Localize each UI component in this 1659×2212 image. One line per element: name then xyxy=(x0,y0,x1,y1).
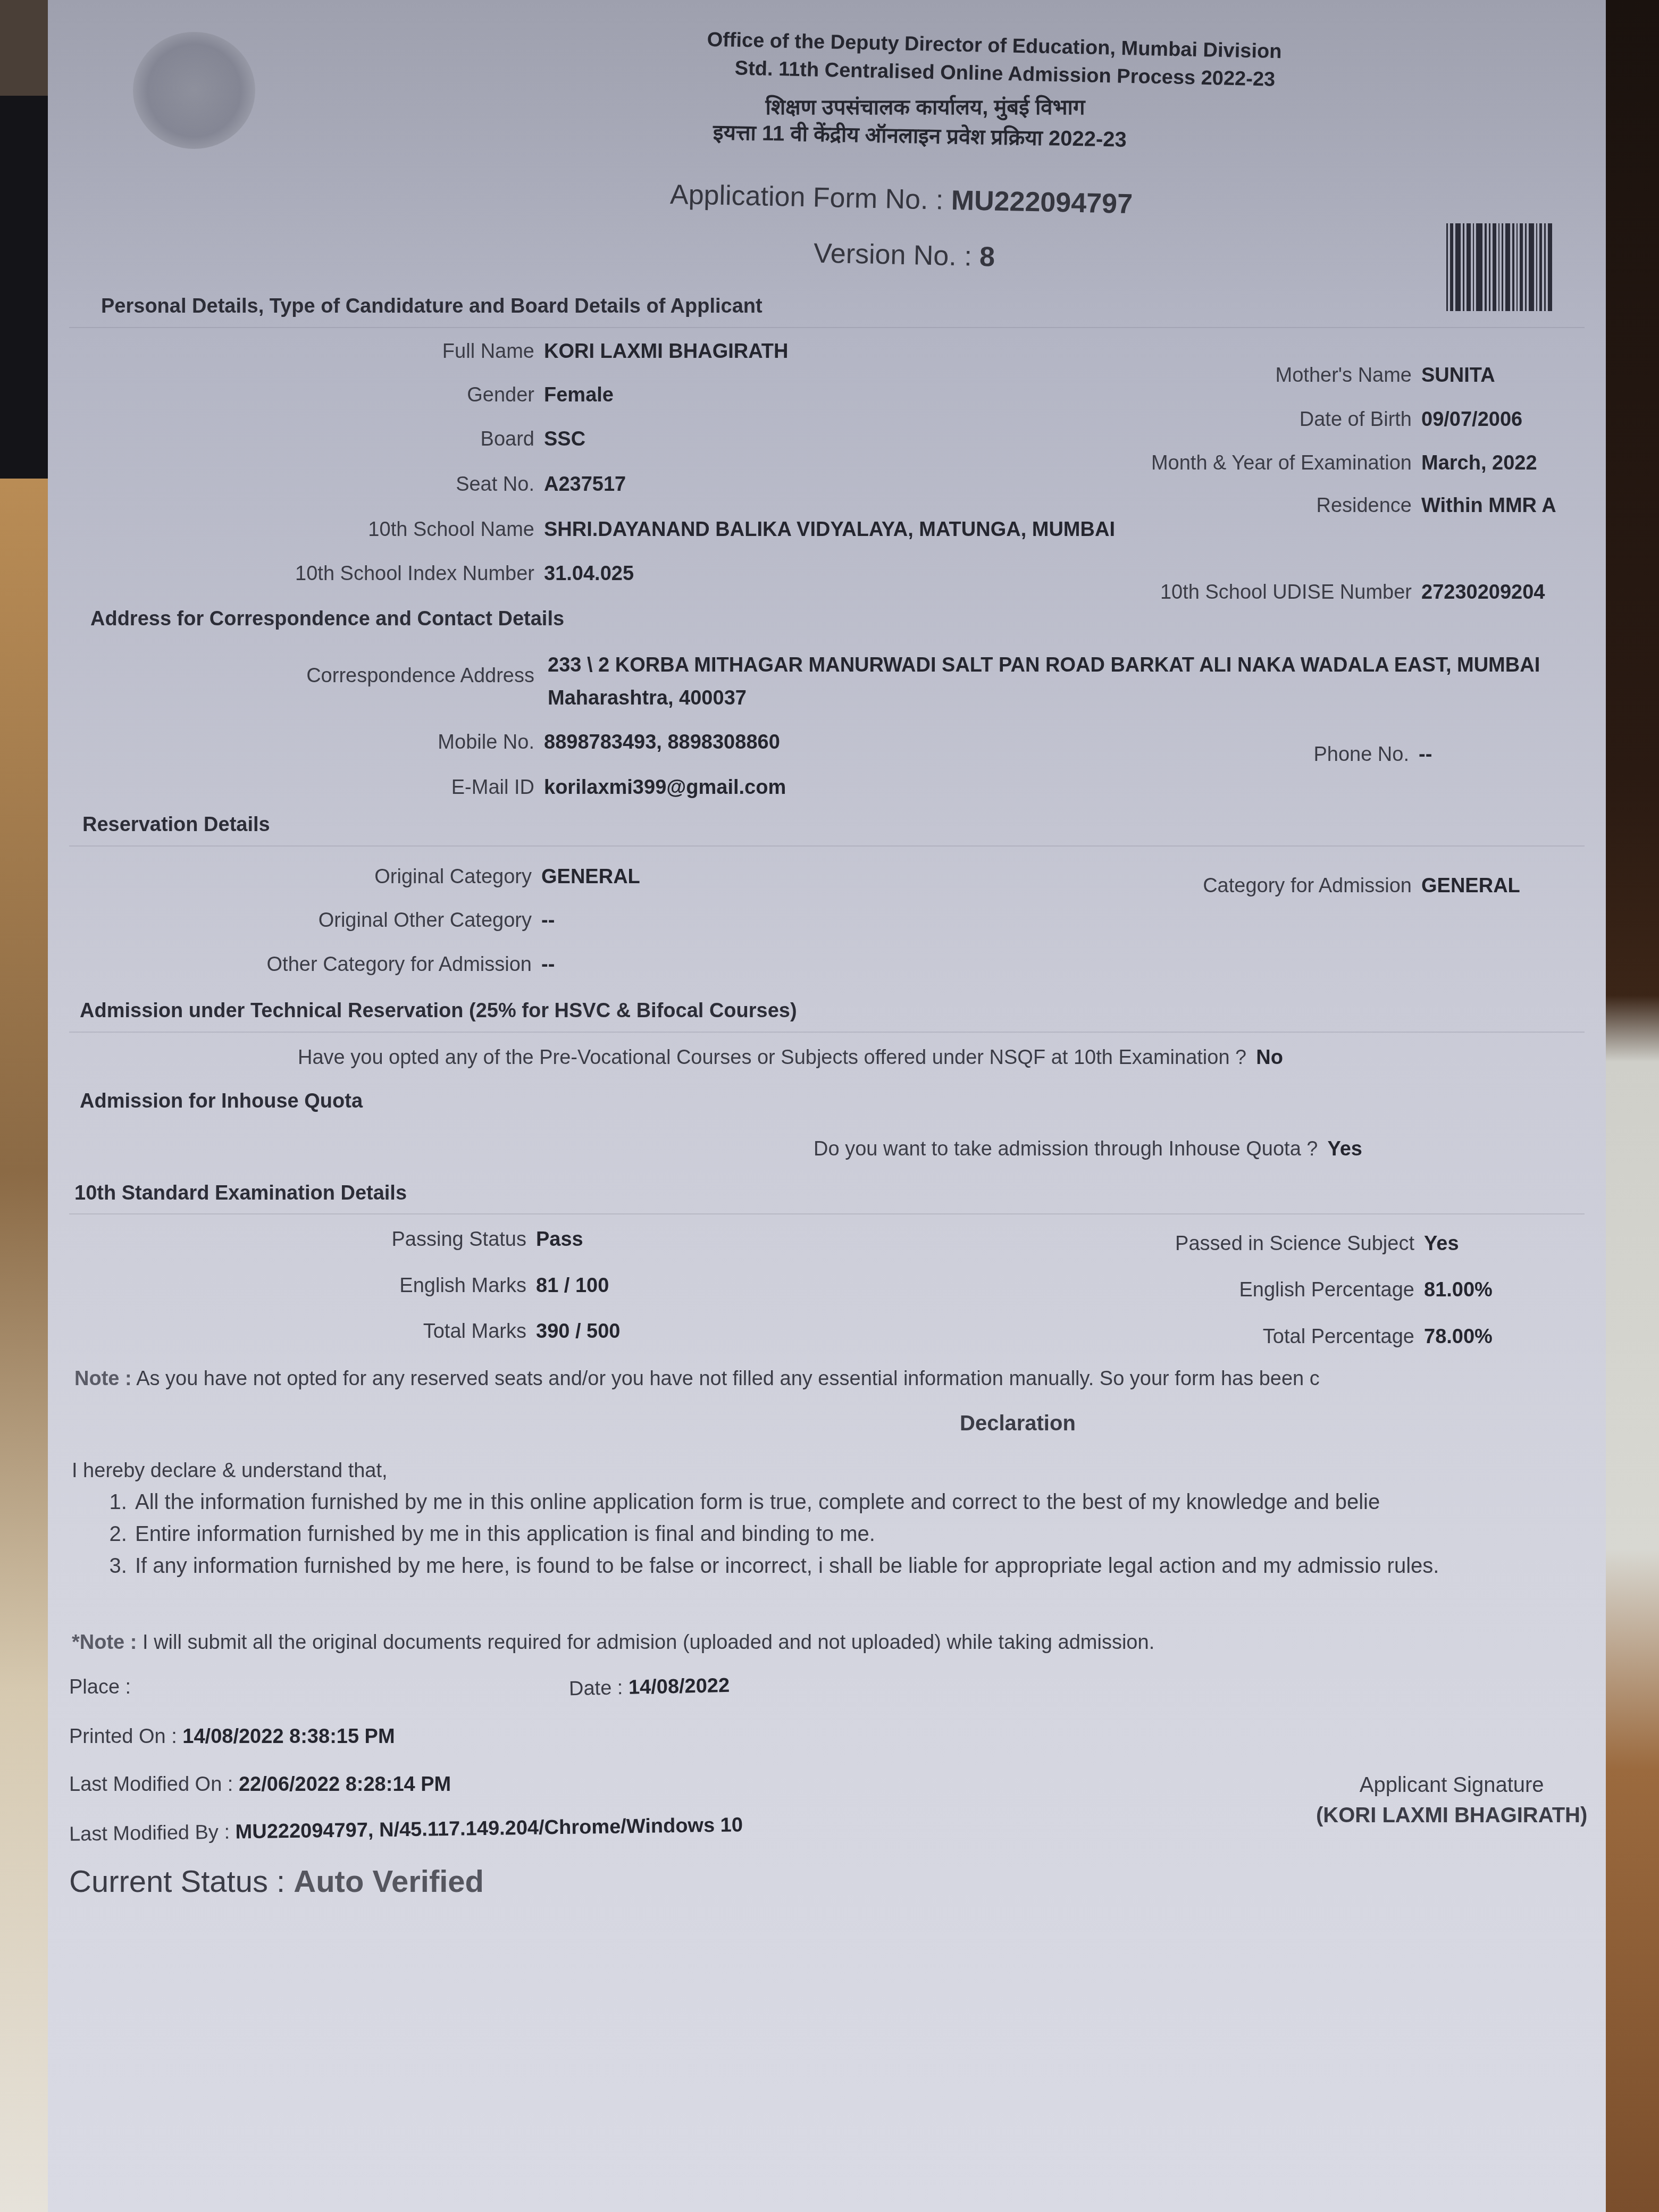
mobile-row: Mobile No.8898783493, 8898308860 xyxy=(48,731,780,754)
field-value: 81 / 100 xyxy=(536,1275,609,1297)
field-label: Seat No. xyxy=(48,473,534,496)
place-field: Place : xyxy=(69,1676,131,1699)
correspondence-address-line2: Maharashtra, 400037 xyxy=(548,687,747,710)
field-label: Full Name xyxy=(48,340,534,363)
background-fabric xyxy=(0,0,48,96)
section-title-address: Address for Correspondence and Contact D… xyxy=(90,608,564,631)
section-title-exam: 10th Standard Examination Details xyxy=(74,1182,407,1205)
declaration-item: All the information furnished by me in t… xyxy=(133,1486,1659,1518)
application-form-number: Application Form No. : MU222094797 xyxy=(669,179,1133,220)
email-row: E-Mail IDkorilaxmi399@gmail.com xyxy=(48,776,786,799)
date-field: Date : 14/08/2022 xyxy=(569,1674,730,1700)
field-value: 78.00% xyxy=(1424,1326,1493,1348)
original-category-row: Original CategoryGENERAL xyxy=(48,866,640,889)
field-value: KORI LAXMI BHAGIRATH xyxy=(544,340,789,363)
application-form-page: Office of the Deputy Director of Educati… xyxy=(48,0,1606,2212)
field-row: Seat No.A237517 xyxy=(48,473,626,496)
category-for-admission-row: Category for AdmissionGENERAL xyxy=(845,875,1520,898)
last-modified-on: Last Modified On : 22/06/2022 8:28:14 PM xyxy=(69,1773,451,1796)
field-label: Passing Status xyxy=(48,1228,526,1251)
field-value: March, 2022 xyxy=(1421,452,1537,475)
field-row: Full NameKORI LAXMI BHAGIRATH xyxy=(48,340,789,363)
last-modified-by: Last Modified By : MU222094797, N/45.117… xyxy=(69,1814,743,1846)
phone-row: Phone No.-- xyxy=(845,743,1432,766)
field-row: ResidenceWithin MMR A xyxy=(845,495,1556,517)
field-label: 10th School Index Number xyxy=(48,563,534,585)
field-row: 10th School UDISE Number27230209204 xyxy=(845,581,1545,604)
field-label: Residence xyxy=(845,495,1412,517)
field-label: Date of Birth xyxy=(845,408,1412,431)
field-label: English Percentage xyxy=(845,1279,1414,1302)
field-value: SHRI.DAYANAND BALIKA VIDYALAYA, MATUNGA,… xyxy=(544,518,1115,541)
field-row: Date of Birth09/07/2006 xyxy=(845,408,1522,431)
field-value: Pass xyxy=(536,1228,583,1251)
field-row: Total Marks390 / 500 xyxy=(48,1320,620,1343)
field-value: 09/07/2006 xyxy=(1421,408,1522,431)
declaration-list: All the information furnished by me in t… xyxy=(112,1486,1659,1582)
field-value: A237517 xyxy=(544,473,626,496)
original-other-category-row: Original Other Category-- xyxy=(48,909,555,932)
field-label: Board xyxy=(48,428,534,451)
field-value: Within MMR A xyxy=(1421,495,1556,517)
field-value: 81.00% xyxy=(1424,1279,1493,1302)
field-value: Yes xyxy=(1424,1233,1459,1255)
field-row: Mother's NameSUNITA xyxy=(845,364,1495,387)
field-label: Gender xyxy=(48,384,534,407)
field-row: 10th School Index Number31.04.025 xyxy=(48,563,634,585)
section-title-technical: Admission under Technical Reservation (2… xyxy=(80,1000,797,1023)
field-row: English Percentage81.00% xyxy=(845,1279,1493,1302)
field-label: Mother's Name xyxy=(845,364,1412,387)
field-value: 31.04.025 xyxy=(544,563,634,585)
field-row: BoardSSC xyxy=(48,428,585,451)
printed-on: Printed On : 14/08/2022 8:38:15 PM xyxy=(69,1725,395,1748)
field-value: 390 / 500 xyxy=(536,1320,620,1343)
field-row: English Marks81 / 100 xyxy=(48,1275,609,1297)
barcode-icon xyxy=(1446,223,1566,311)
declaration-item: If any information furnished by me here,… xyxy=(133,1550,1659,1582)
field-value: 27230209204 xyxy=(1421,581,1545,604)
field-value: SSC xyxy=(544,428,585,451)
field-row: Total Percentage78.00% xyxy=(845,1326,1493,1348)
field-label: 10th School Name xyxy=(48,518,534,541)
declaration-item: Entire information furnished by me in th… xyxy=(133,1518,1659,1550)
field-label: Month & Year of Examination xyxy=(845,452,1412,475)
correspondence-address-line1: 233 \ 2 KORBA MITHAGAR MANURWADI SALT PA… xyxy=(548,654,1540,677)
correspondence-address-row: Correspondence Address xyxy=(48,665,534,688)
version-number: Version No. : 8 xyxy=(813,237,995,273)
office-title-marathi: शिक्षण उपसंचालक कार्यालय, मुंबई विभाग xyxy=(659,91,1191,121)
other-category-for-admission-row: Other Category for Admission-- xyxy=(48,953,555,976)
technical-question-row: Have you opted any of the Pre-Vocational… xyxy=(298,1046,1283,1069)
section-title-inhouse: Admission for Inhouse Quota xyxy=(80,1090,363,1113)
applicant-signature: Applicant Signature (KORI LAXMI BHAGIRAT… xyxy=(1316,1773,1587,1828)
state-emblem-icon xyxy=(133,32,255,149)
field-label: Total Marks xyxy=(48,1320,526,1343)
field-value: Female xyxy=(544,384,614,407)
documents-note: *Note : I will submit all the original d… xyxy=(72,1631,1154,1654)
declaration-intro: I hereby declare & understand that, xyxy=(72,1460,388,1482)
current-status: Current Status : Auto Verified xyxy=(69,1864,484,1899)
field-row: GenderFemale xyxy=(48,384,614,407)
field-label: English Marks xyxy=(48,1275,526,1297)
field-label: Passed in Science Subject xyxy=(845,1233,1414,1255)
field-label: Total Percentage xyxy=(845,1326,1414,1348)
declaration-title: Declaration xyxy=(960,1412,1076,1436)
auto-verify-note: Note : As you have not opted for any res… xyxy=(74,1368,1320,1390)
field-row: Passed in Science SubjectYes xyxy=(845,1233,1459,1255)
section-title-personal: Personal Details, Type of Candidature an… xyxy=(101,295,763,318)
inhouse-question-row: Do you want to take admission through In… xyxy=(814,1138,1362,1161)
background-table xyxy=(0,479,53,2212)
field-label: 10th School UDISE Number xyxy=(845,581,1412,604)
field-row: Passing StatusPass xyxy=(48,1228,583,1251)
status-badge: Auto Verified xyxy=(294,1864,484,1899)
field-row: 10th School NameSHRI.DAYANAND BALIKA VID… xyxy=(48,518,1115,541)
field-row: Month & Year of ExaminationMarch, 2022 xyxy=(845,452,1537,475)
field-value: SUNITA xyxy=(1421,364,1495,387)
section-title-reservation: Reservation Details xyxy=(82,814,270,836)
